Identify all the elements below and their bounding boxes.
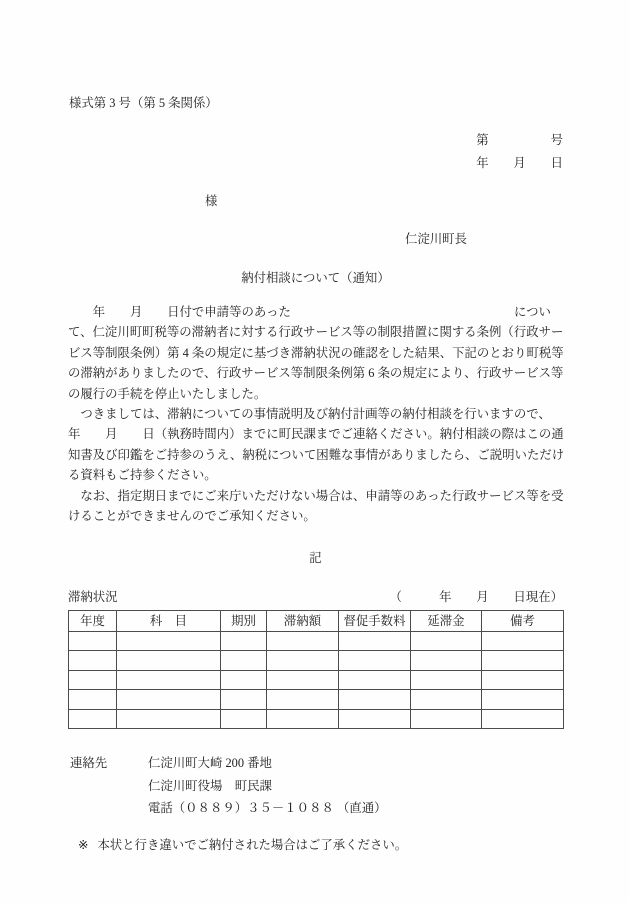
- addressee-honorific: 様: [205, 191, 217, 211]
- sender-name: 仁淀川町長: [405, 229, 467, 249]
- empty-cell: [482, 670, 564, 689]
- empty-cell: [267, 709, 339, 728]
- empty-cell: [339, 709, 411, 728]
- col-header-period: 期別: [221, 611, 267, 632]
- empty-cell: [482, 690, 564, 709]
- contact-label: 連絡先: [70, 752, 148, 820]
- arrears-as-of-date: （ 年 月 日現在）: [390, 587, 563, 607]
- body-line: て、仁淀川町町税等の滞納者に対する行政サービス等の制限措置に関する条例（行政サー: [68, 322, 588, 342]
- empty-cell: [117, 709, 221, 728]
- table-row: [69, 651, 564, 670]
- empty-cell: [69, 632, 117, 651]
- empty-cell: [411, 651, 482, 670]
- empty-cell: [69, 670, 117, 689]
- empty-cell: [117, 632, 221, 651]
- body-line: 年 月 日付で申請等のあった につい: [68, 302, 588, 322]
- body-line: の滞納がありましたので、行政サービス等制限条例第 6 条の規定により、行政サービ…: [68, 363, 588, 383]
- body-line: 年 月 日（執務時間内）までに町民課までご連絡ください。納付相談の際はこの通: [68, 424, 588, 444]
- col-header-arrears-amount: 滞納額: [267, 611, 339, 632]
- empty-cell: [117, 670, 221, 689]
- empty-cell: [267, 690, 339, 709]
- body-text: 年 月 日付で申請等のあった につい て、仁淀川町町税等の滞納者に対する行政サー…: [68, 302, 588, 526]
- body-line: の履行の手続を停止いたしました。: [68, 384, 588, 404]
- table-header-row: 年度 科 目 期別 滞納額 督促手数料 延滞金 備考: [69, 611, 564, 632]
- col-header-year: 年度: [69, 611, 117, 632]
- table-row: [69, 709, 564, 728]
- empty-cell: [339, 690, 411, 709]
- arrears-table-header: 年度 科 目 期別 滞納額 督促手数料 延滞金 備考: [69, 611, 564, 632]
- empty-cell: [339, 670, 411, 689]
- empty-cell: [482, 709, 564, 728]
- body-line: なお、指定期日までにご来庁いただけない場合は、申請等のあった行政サービス等を受: [68, 486, 588, 506]
- empty-cell: [117, 690, 221, 709]
- empty-cell: [221, 651, 267, 670]
- empty-cell: [221, 670, 267, 689]
- body-line: ビス等制限条例）第 4 条の規定に基づき滞納状況の確認をした結果、下記のとおり町…: [68, 343, 588, 363]
- contact-lines: 仁淀川町大崎 200 番地 仁淀川町役場 町民課 電話（０８８９）３５－１０８８…: [148, 752, 387, 820]
- empty-cell: [339, 651, 411, 670]
- empty-cell: [221, 632, 267, 651]
- form-style-label: 様式第 3 号（第 5 条関係）: [69, 93, 218, 113]
- doc-number-block: 第 号 年 月 日: [68, 129, 563, 174]
- empty-cell: [482, 651, 564, 670]
- empty-cell: [411, 709, 482, 728]
- note-block: ※ 本状と行き違いでご納付された場合はご了承ください。: [78, 835, 407, 855]
- empty-cell: [339, 632, 411, 651]
- empty-cell: [267, 632, 339, 651]
- col-header-late-charge: 延滞金: [411, 611, 482, 632]
- table-row: [69, 690, 564, 709]
- contact-address: 仁淀川町大崎 200 番地: [148, 752, 387, 775]
- empty-cell: [267, 651, 339, 670]
- empty-cell: [411, 690, 482, 709]
- empty-cell: [69, 709, 117, 728]
- arrears-label: 滞納状況: [68, 587, 118, 607]
- col-header-subject: 科 目: [117, 611, 221, 632]
- arrears-table-body: [69, 632, 564, 729]
- body-line: けることができませんのでご承知ください。: [68, 506, 588, 526]
- col-header-remarks: 備考: [482, 611, 564, 632]
- contact-block: 連絡先 仁淀川町大崎 200 番地 仁淀川町役場 町民課 電話（０８８９）３５－…: [70, 752, 387, 820]
- document-title: 納付相談について（通知）: [68, 268, 563, 288]
- contact-office: 仁淀川町役場 町民課: [148, 775, 387, 798]
- table-row: [69, 632, 564, 651]
- col-header-demand-fee: 督促手数料: [339, 611, 411, 632]
- empty-cell: [221, 709, 267, 728]
- empty-cell: [69, 690, 117, 709]
- doc-number-line: 第 号: [68, 129, 563, 152]
- empty-cell: [482, 632, 564, 651]
- empty-cell: [117, 651, 221, 670]
- doc-date-line: 年 月 日: [68, 152, 563, 175]
- empty-cell: [69, 651, 117, 670]
- contact-phone: 電話（０８８９）３５－１０８８ （直通）: [148, 797, 387, 820]
- document-page: 様式第 3 号（第 5 条関係） 第 号 年 月 日 様 仁淀川町長 納付相談に…: [0, 0, 630, 903]
- note-marker: ※: [78, 835, 88, 855]
- arrears-table: 年度 科 目 期別 滞納額 督促手数料 延滞金 備考: [68, 610, 564, 729]
- empty-cell: [221, 690, 267, 709]
- ki-separator: 記: [68, 548, 563, 568]
- table-row: [69, 670, 564, 689]
- body-line: 知書及び印鑑をご持参のうえ、納税について困難な事情がありましたら、ご説明いただけ: [68, 445, 588, 465]
- empty-cell: [411, 632, 482, 651]
- body-line: つきましては、滞納についての事情説明及び納付計画等の納付相談を行いますので、: [68, 404, 588, 424]
- empty-cell: [267, 670, 339, 689]
- note-text: 本状と行き違いでご納付された場合はご了承ください。: [97, 835, 407, 855]
- arrears-caption: 滞納状況 （ 年 月 日現在）: [68, 587, 563, 607]
- body-line: る資料もご持参ください。: [68, 465, 588, 485]
- empty-cell: [411, 670, 482, 689]
